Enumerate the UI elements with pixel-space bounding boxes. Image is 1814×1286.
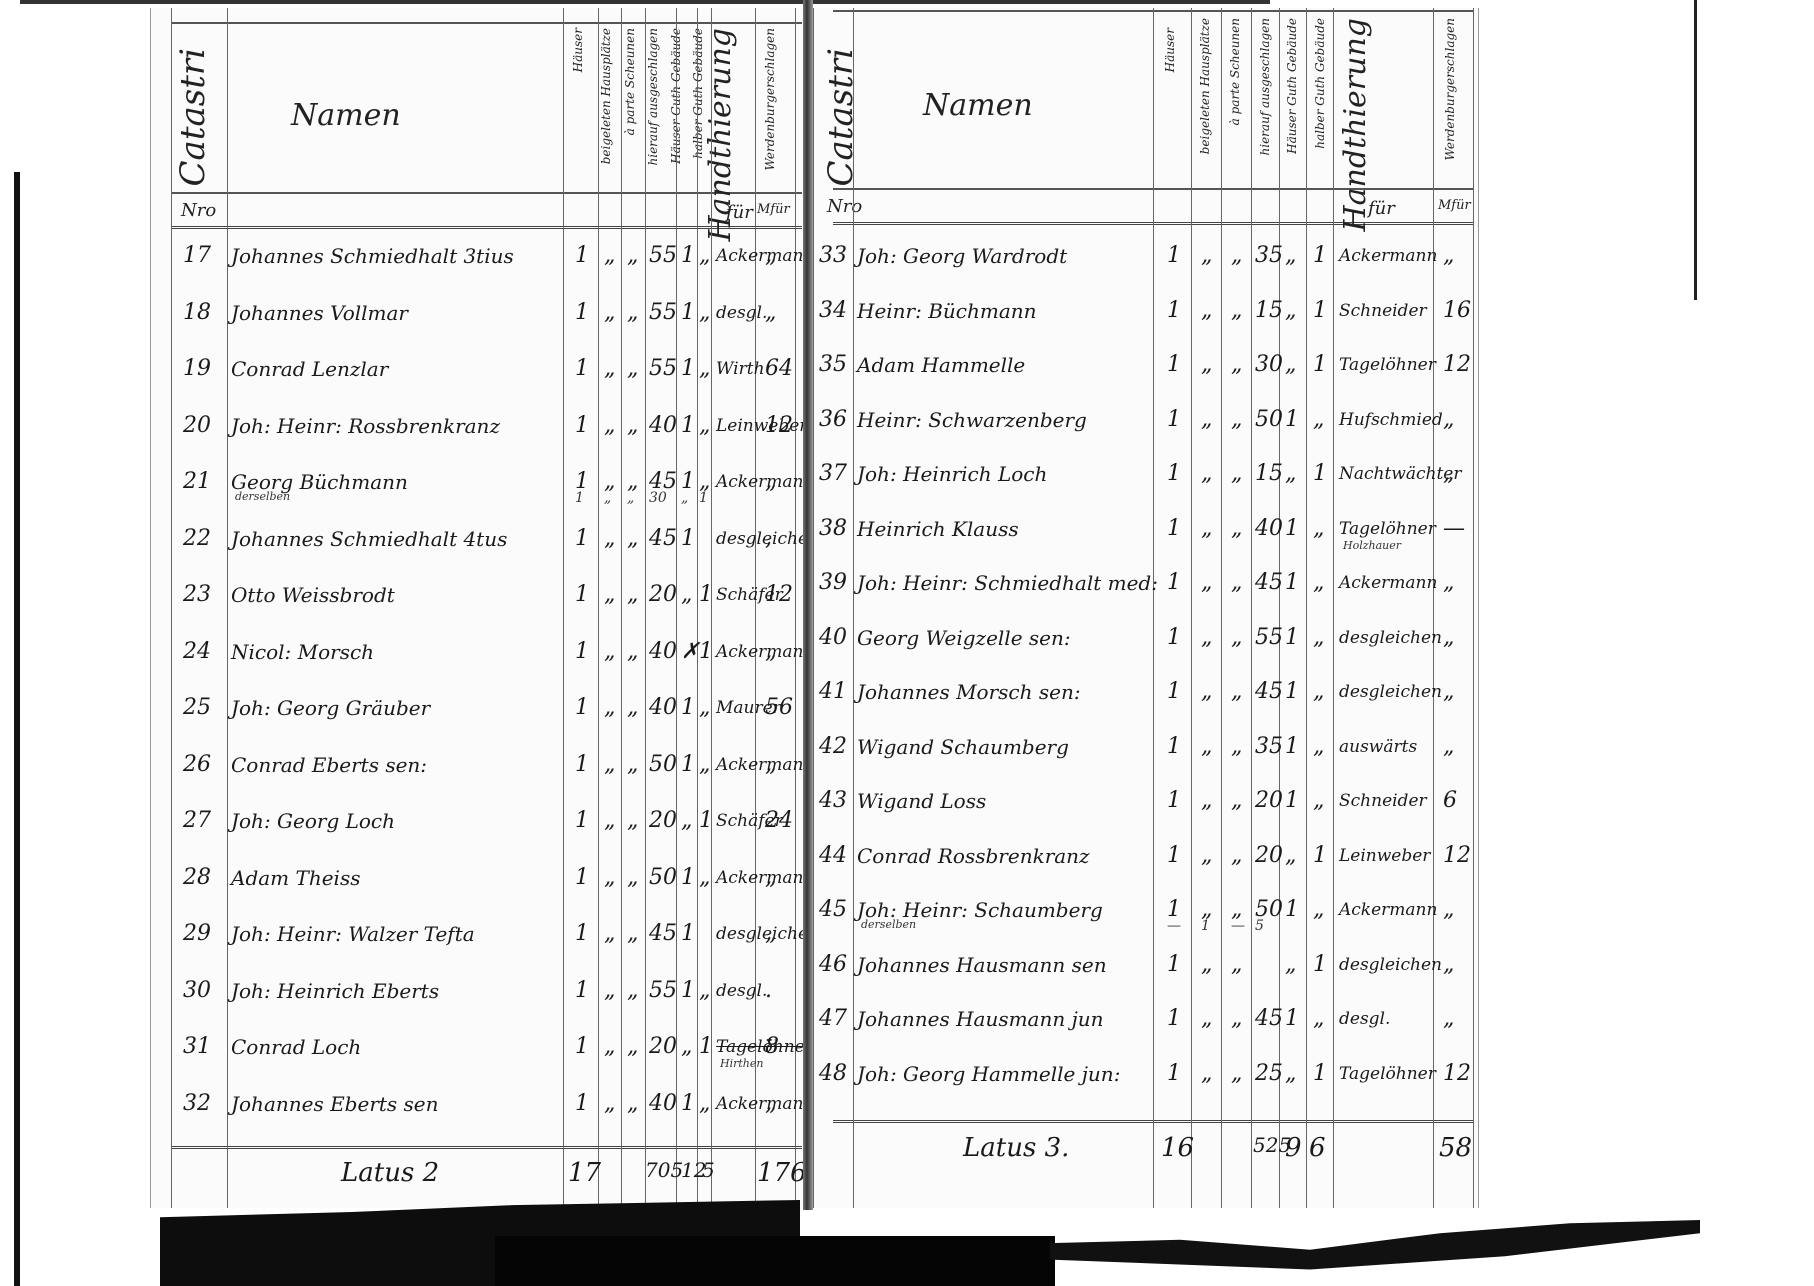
header-col-d: hierauf ausgeschlagen: [1258, 18, 1272, 155]
header-fuer: für: [726, 202, 753, 223]
cell-d: 50: [649, 745, 677, 785]
header-no: Nro: [181, 200, 216, 221]
cell-a: 1: [575, 971, 589, 1011]
cell-b: „: [604, 632, 615, 672]
cell-c: „: [627, 236, 638, 276]
cell-occupation: auswärts: [1339, 727, 1417, 767]
cell-e: 1: [1285, 999, 1299, 1039]
cell-last: 12: [1443, 345, 1471, 385]
cell-d: 20: [649, 801, 677, 841]
cell-no: 29: [183, 914, 211, 954]
cell-a: 1: [575, 349, 589, 389]
cell-d: 40: [649, 406, 677, 446]
cell-no: 17: [183, 236, 211, 276]
cell-no: 40: [819, 618, 847, 658]
cell-occupation: desgl.: [1339, 999, 1390, 1039]
cell-b: „: [604, 575, 615, 615]
sub-entry-c: —: [1231, 918, 1245, 934]
table-row: 41Johannes Morsch sen:1„„451„desgleichen…: [813, 672, 1478, 712]
cell-no: 23: [183, 575, 211, 615]
cell-d: 50: [649, 858, 677, 898]
cell-f: „: [1313, 509, 1324, 549]
cell-b: „: [1201, 454, 1212, 494]
cell-name: Conrad Loch: [231, 1027, 361, 1067]
cell-d: 25: [1255, 1054, 1283, 1094]
cell-occupation: Ackermann: [1339, 890, 1437, 930]
cell-c: „: [1231, 400, 1242, 440]
cell-name: Nicol: Morsch: [231, 632, 374, 672]
cell-b: „: [1201, 345, 1212, 385]
cell-d: 20: [649, 575, 677, 615]
table-row: 46Johannes Hausmann sen1„„„1desgleichen„: [813, 945, 1478, 985]
cell-occupation: Schneider: [1339, 781, 1427, 821]
table-row: 28Adam Theiss1„„501„Ackermann„: [151, 858, 806, 898]
cell-f: 1: [699, 575, 713, 615]
cell-b: „: [604, 688, 615, 728]
cell-e: 1: [681, 236, 695, 276]
cell-no: 44: [819, 836, 847, 876]
cell-name: Johannes Morsch sen:: [857, 672, 1081, 712]
cell-c: „: [627, 745, 638, 785]
cell-name: Johannes Hausmann sen: [857, 945, 1107, 985]
scan-edge-top: [20, 0, 1270, 4]
occupation-note: Holzhauer: [1343, 539, 1401, 552]
header-fuer: für: [1368, 198, 1395, 219]
cell-d: 40: [649, 1084, 677, 1124]
table-row: 39Joh: Heinr: Schmiedhalt med:1„„451„Ack…: [813, 563, 1478, 603]
cell-d: 20: [1255, 781, 1283, 821]
cell-last: 6: [1443, 781, 1457, 821]
cell-no: 30: [183, 971, 211, 1011]
table-row: 35Adam Hammelle1„„30„1Tagelöhner12: [813, 345, 1478, 385]
header-top-rule: [171, 22, 802, 24]
cell-c: „: [1231, 345, 1242, 385]
cell-no: 24: [183, 632, 211, 672]
cell-c: „: [1231, 727, 1242, 767]
cell-last: „: [765, 236, 776, 276]
table-row: 47Johannes Hausmann jun1„„451„desgl.„: [813, 999, 1478, 1039]
table-row: 45Joh: Heinr: Schaumberg1„„501„Ackermann…: [813, 890, 1478, 930]
cell-b: „: [1201, 781, 1212, 821]
cell-c: „: [627, 971, 638, 1011]
header-namen: Namen: [291, 98, 401, 133]
cell-c: „: [1231, 1054, 1242, 1094]
cell-last: „: [765, 1084, 776, 1124]
sub-entry-f: 1: [699, 490, 708, 506]
cell-a: 1: [575, 406, 589, 446]
cell-a: 1: [1167, 999, 1181, 1039]
cell-b: „: [1201, 945, 1212, 985]
cell-c: „: [1231, 509, 1242, 549]
cell-last: 16: [1443, 291, 1471, 331]
cell-d: 45: [1255, 999, 1283, 1039]
header-namen: Namen: [923, 88, 1033, 123]
cell-last: „: [765, 745, 776, 785]
cell-a: 1: [1167, 836, 1181, 876]
cell-name: Heinrich Klauss: [857, 509, 1019, 549]
cell-c: „: [1231, 236, 1242, 276]
cell-name: Conrad Rossbrenkranz: [857, 836, 1090, 876]
cell-name: Otto Weissbrodt: [231, 575, 395, 615]
book-spine-shadow: [495, 1236, 1055, 1286]
book-edge-shadow: [1050, 1220, 1700, 1286]
cell-name: Joh: Georg Gräuber: [231, 688, 430, 728]
cell-b: „: [604, 406, 615, 446]
cell-c: „: [627, 349, 638, 389]
cell-no: 34: [819, 291, 847, 331]
cell-a: 1: [1167, 1054, 1181, 1094]
cell-f: „: [1313, 563, 1324, 603]
cell-d: 30: [1255, 345, 1283, 385]
cell-no: 22: [183, 519, 211, 559]
sub-entry-name: derselben: [861, 918, 916, 931]
table-row: 22Johannes Schmiedhalt 4tus1„„451desglei…: [151, 519, 806, 559]
cell-name: Johannes Schmiedhalt 3tius: [231, 236, 514, 276]
cell-f: 1: [1313, 345, 1327, 385]
cell-f: „: [699, 858, 710, 898]
cell-no: 25: [183, 688, 211, 728]
cell-occupation: desgl.: [716, 971, 767, 1011]
header-col-b: beigeleten Hausplätze: [599, 28, 613, 164]
cell-f: 1: [1313, 291, 1327, 331]
occupation-note: Hirthen: [720, 1057, 763, 1070]
cell-f: „: [1313, 618, 1324, 658]
cell-name: Wigand Loss: [857, 781, 986, 821]
table-row: 26Conrad Eberts sen:1„„501„Ackermann„: [151, 745, 806, 785]
latus-label: Latus 3.: [963, 1133, 1069, 1163]
cell-c: „: [1231, 945, 1242, 985]
cell-a: 1: [1167, 781, 1181, 821]
cell-e: 1: [1285, 890, 1299, 930]
cell-name: Heinr: Schwarzenberg: [857, 400, 1087, 440]
header-catastri: Catastri: [821, 48, 861, 186]
cell-b: „: [604, 971, 615, 1011]
cell-b: „: [604, 1027, 615, 1067]
total-f: 5: [702, 1158, 715, 1182]
cell-no: 27: [183, 801, 211, 841]
cell-b: „: [604, 349, 615, 389]
cell-f: 1: [1313, 836, 1327, 876]
cell-b: „: [604, 519, 615, 559]
cell-occupation: desgleichen: [1339, 618, 1442, 658]
cell-f: „: [699, 1084, 710, 1124]
cell-f: „: [699, 349, 710, 389]
cell-d: 45: [1255, 672, 1283, 712]
cell-occupation: Wirth: [716, 349, 765, 389]
cell-c: „: [1231, 291, 1242, 331]
cell-c: „: [627, 914, 638, 954]
cell-c: „: [627, 1084, 638, 1124]
table-row: 19Conrad Lenzlar1„„551„Wirth64: [151, 349, 806, 389]
cell-no: 46: [819, 945, 847, 985]
cell-last: „: [765, 632, 776, 672]
cell-a: 1: [1167, 236, 1181, 276]
cell-e: „: [1285, 454, 1296, 494]
cell-b: „: [1201, 1054, 1212, 1094]
cell-e: 1: [1285, 400, 1299, 440]
cell-e: „: [1285, 291, 1296, 331]
table-row: 33Joh: Georg Wardrodt1„„35„1Ackermann„: [813, 236, 1478, 276]
cell-last: 12: [765, 406, 793, 446]
cell-last: 24: [765, 801, 793, 841]
table-row: 18Johannes Vollmar1„„551„desgl.„: [151, 293, 806, 333]
header-col-e: Häuser Guth Gebäude: [1285, 18, 1299, 154]
cell-no: 39: [819, 563, 847, 603]
cell-name: Joh: Heinr: Walzer Tefta: [231, 914, 475, 954]
table-row: 43Wigand Loss1„„201„Schneider6: [813, 781, 1478, 821]
sub-entry-b: 1: [1201, 918, 1210, 934]
cell-c: „: [627, 1027, 638, 1067]
cell-no: 32: [183, 1084, 211, 1124]
cell-c: „: [1231, 836, 1242, 876]
cell-no: 37: [819, 454, 847, 494]
cell-last: „: [1443, 890, 1454, 930]
table-row: 48Joh: Georg Hammelle jun:1„„25„1Tagelöh…: [813, 1054, 1478, 1094]
cell-f: 1: [1313, 945, 1327, 985]
cell-last: 12: [1443, 1054, 1471, 1094]
table-row: 38Heinrich Klauss1„„401„Tagelöhner—Holzh…: [813, 509, 1478, 549]
cell-last: „: [1443, 672, 1454, 712]
cell-name: Johannes Vollmar: [231, 293, 408, 333]
table-row: 44Conrad Rossbrenkranz1„„20„1Leinweber12: [813, 836, 1478, 876]
cell-d: 55: [649, 971, 677, 1011]
cell-last: 12: [1443, 836, 1471, 876]
cell-d: 45: [649, 519, 677, 559]
cell-name: Conrad Eberts sen:: [231, 745, 427, 785]
cell-c: „: [627, 519, 638, 559]
cell-c: „: [1231, 618, 1242, 658]
scan-edge-left: [14, 172, 20, 1286]
left-page: Catastri Nro Namen Häuser beigeleten Hau…: [150, 8, 807, 1208]
cell-a: 1: [1167, 672, 1181, 712]
cell-f: 1: [1313, 1054, 1327, 1094]
cell-d: 15: [1255, 454, 1283, 494]
cell-f: „: [1313, 400, 1324, 440]
table-row: 20Joh: Heinr: Rossbrenkranz1„„401„Leinwe…: [151, 406, 806, 446]
cell-last: „: [765, 914, 776, 954]
cell-c: „: [627, 688, 638, 728]
cell-last: „: [1443, 563, 1454, 603]
sub-entry-d: 5: [1255, 918, 1264, 934]
total-f: 6: [1309, 1133, 1326, 1163]
cell-a: 1: [575, 519, 589, 559]
cell-f: „: [699, 236, 710, 276]
cell-last: „: [1443, 727, 1454, 767]
cell-name: Wigand Schaumberg: [857, 727, 1069, 767]
header-col-c: à parte Scheunen: [1228, 18, 1242, 125]
cell-f: „: [699, 971, 710, 1011]
cell-e: 1: [681, 914, 695, 954]
cell-d: 20: [649, 1027, 677, 1067]
cell-c: „: [1231, 999, 1242, 1039]
cell-a: 1: [575, 1027, 589, 1067]
cell-no: 18: [183, 293, 211, 333]
cell-occupation: Ackermann: [1339, 563, 1437, 603]
cell-c: „: [627, 632, 638, 672]
cell-last: „: [765, 858, 776, 898]
cell-a: 1: [575, 914, 589, 954]
cell-f: „: [699, 293, 710, 333]
cell-last: „: [765, 462, 776, 502]
cell-name: Joh: Heinr: Rossbrenkranz: [231, 406, 500, 446]
left-ledger-table: Catastri Nro Namen Häuser beigeleten Hau…: [151, 8, 806, 1208]
cell-a: 1: [1167, 727, 1181, 767]
cell-b: „: [1201, 727, 1212, 767]
cell-occupation: Tagelöhner: [1339, 345, 1436, 385]
cell-d: 55: [649, 236, 677, 276]
table-row: 24Nicol: Morsch1„„40✗1Ackermann„: [151, 632, 806, 672]
cell-a: 1: [1167, 509, 1181, 549]
sub-entry-b: „: [604, 490, 611, 506]
cell-e: ✗: [681, 632, 699, 672]
cell-d: 40: [649, 688, 677, 728]
header-catastri: Catastri: [173, 48, 213, 186]
cell-a: 1: [1167, 400, 1181, 440]
cell-occupation: desgl.: [716, 293, 767, 333]
table-row: 27Joh: Georg Loch1„„20„1Schäfer24: [151, 801, 806, 841]
table-row: 34Heinr: Büchmann1„„15„1Schneider16: [813, 291, 1478, 331]
cell-e: 1: [1285, 672, 1299, 712]
table-row: 40Georg Weigzelle sen:1„„551„desgleichen…: [813, 618, 1478, 658]
cell-no: 41: [819, 672, 847, 712]
cell-occupation: desgleichen: [1339, 945, 1442, 985]
cell-d: 45: [649, 914, 677, 954]
cell-e: „: [681, 801, 692, 841]
cell-no: 33: [819, 236, 847, 276]
cell-a: 1: [575, 745, 589, 785]
cell-name: Conrad Lenzlar: [231, 349, 388, 389]
sub-entry-c: „: [627, 490, 634, 506]
cell-b: „: [1201, 563, 1212, 603]
cell-occupation: Schneider: [1339, 291, 1427, 331]
cell-f: 1: [1313, 454, 1327, 494]
cell-no: 47: [819, 999, 847, 1039]
cell-last: 8: [765, 1027, 779, 1067]
table-row: 23Otto Weissbrodt1„„20„1Schäfer12: [151, 575, 806, 615]
cell-occupation: Tagelöhner: [1339, 1054, 1436, 1094]
cell-e: 1: [681, 971, 695, 1011]
latus-label: Latus 2: [341, 1158, 439, 1188]
cell-last: „: [765, 293, 776, 333]
cell-a: 1: [575, 801, 589, 841]
header-no: Nro: [827, 196, 862, 217]
header-col-c: à parte Scheunen: [623, 28, 637, 135]
cell-occupation: Leinweber: [1339, 836, 1430, 876]
cell-b: „: [1201, 999, 1212, 1039]
cell-no: 21: [183, 462, 211, 502]
header-col-f: halber Guth Gebäude: [1313, 18, 1327, 149]
cell-f: „: [699, 406, 710, 446]
header-col-last: Werdenburgerschlagen: [763, 28, 777, 170]
cell-no: 26: [183, 745, 211, 785]
cell-d: 45: [1255, 563, 1283, 603]
cell-b: „: [1201, 509, 1212, 549]
cell-d: 15: [1255, 291, 1283, 331]
cell-no: 20: [183, 406, 211, 446]
cell-d: 40: [1255, 509, 1283, 549]
cell-no: 43: [819, 781, 847, 821]
cell-e: 1: [681, 349, 695, 389]
sub-entry-a: 1: [575, 490, 584, 506]
cell-e: „: [1285, 836, 1296, 876]
cell-f: „: [699, 745, 710, 785]
cell-b: „: [1201, 618, 1212, 658]
cell-d: 55: [1255, 618, 1283, 658]
cell-b: „: [1201, 291, 1212, 331]
cell-name: Adam Hammelle: [857, 345, 1025, 385]
header-col-last-sub: Mfür: [757, 202, 790, 217]
cell-e: „: [1285, 345, 1296, 385]
cell-no: 48: [819, 1054, 847, 1094]
header-col-d: hierauf ausgeschlagen: [646, 28, 660, 165]
cell-c: „: [627, 293, 638, 333]
cell-c: „: [1231, 672, 1242, 712]
cell-f: „: [1313, 999, 1324, 1039]
cell-d: 35: [1255, 727, 1283, 767]
right-ledger-table: Catastri Nro Namen Häuser beigeleten Hau…: [813, 8, 1478, 1208]
cell-name: Johannes Schmiedhalt 4tus: [231, 519, 507, 559]
cell-last: „: [1443, 400, 1454, 440]
table-row: 29Joh: Heinr: Walzer Tefta1„„451desgleic…: [151, 914, 806, 954]
cell-c: „: [1231, 454, 1242, 494]
right-page: Catastri Nro Namen Häuser beigeleten Hau…: [812, 8, 1479, 1208]
cell-c: „: [627, 406, 638, 446]
cell-e: „: [1285, 945, 1296, 985]
cell-b: „: [604, 1084, 615, 1124]
cell-e: 1: [1285, 727, 1299, 767]
cell-a: 1: [1167, 563, 1181, 603]
cell-d: 35: [1255, 236, 1283, 276]
cell-d: 50: [1255, 400, 1283, 440]
cell-b: „: [604, 293, 615, 333]
cell-a: 1: [575, 632, 589, 672]
cell-no: 36: [819, 400, 847, 440]
cell-a: 1: [575, 236, 589, 276]
header-col-last: Werdenburgerschlagen: [1443, 18, 1457, 160]
table-row: 17Johannes Schmiedhalt 3tius1„„551„Acker…: [151, 236, 806, 276]
cell-e: 1: [681, 688, 695, 728]
cell-name: Joh: Georg Wardrodt: [857, 236, 1067, 276]
cell-b: „: [604, 858, 615, 898]
cell-d: 40: [649, 632, 677, 672]
cell-b: „: [1201, 400, 1212, 440]
cell-b: „: [1201, 236, 1212, 276]
table-row: 37Joh: Heinrich Loch1„„15„1Nachtwächter„: [813, 454, 1478, 494]
cell-name: Adam Theiss: [231, 858, 360, 898]
table-row: 21Georg Büchmann1„„451„Ackermann„derselb…: [151, 462, 806, 502]
sub-entry-a: —: [1167, 918, 1181, 934]
cell-f: „: [1313, 727, 1324, 767]
cell-f: 1: [699, 801, 713, 841]
total-rule: [171, 1146, 802, 1149]
total-e: 9: [1285, 1133, 1302, 1163]
sub-entry-e: „: [681, 490, 688, 506]
scan-edge-right: [1694, 0, 1697, 300]
cell-a: 1: [575, 293, 589, 333]
cell-last: „: [1443, 618, 1454, 658]
cell-name: Johannes Eberts sen: [231, 1084, 439, 1124]
cell-b: „: [604, 914, 615, 954]
cell-no: 28: [183, 858, 211, 898]
cell-no: 19: [183, 349, 211, 389]
cell-e: „: [1285, 236, 1296, 276]
cell-name: Joh: Heinrich Loch: [857, 454, 1047, 494]
table-row: 25Joh: Georg Gräuber1„„401„Maurer56: [151, 688, 806, 728]
header-col-a: Häuser: [1163, 28, 1177, 72]
cell-e: 1: [681, 1084, 695, 1124]
sub-entry-name: derselben: [235, 490, 290, 503]
cell-b: „: [1201, 836, 1212, 876]
